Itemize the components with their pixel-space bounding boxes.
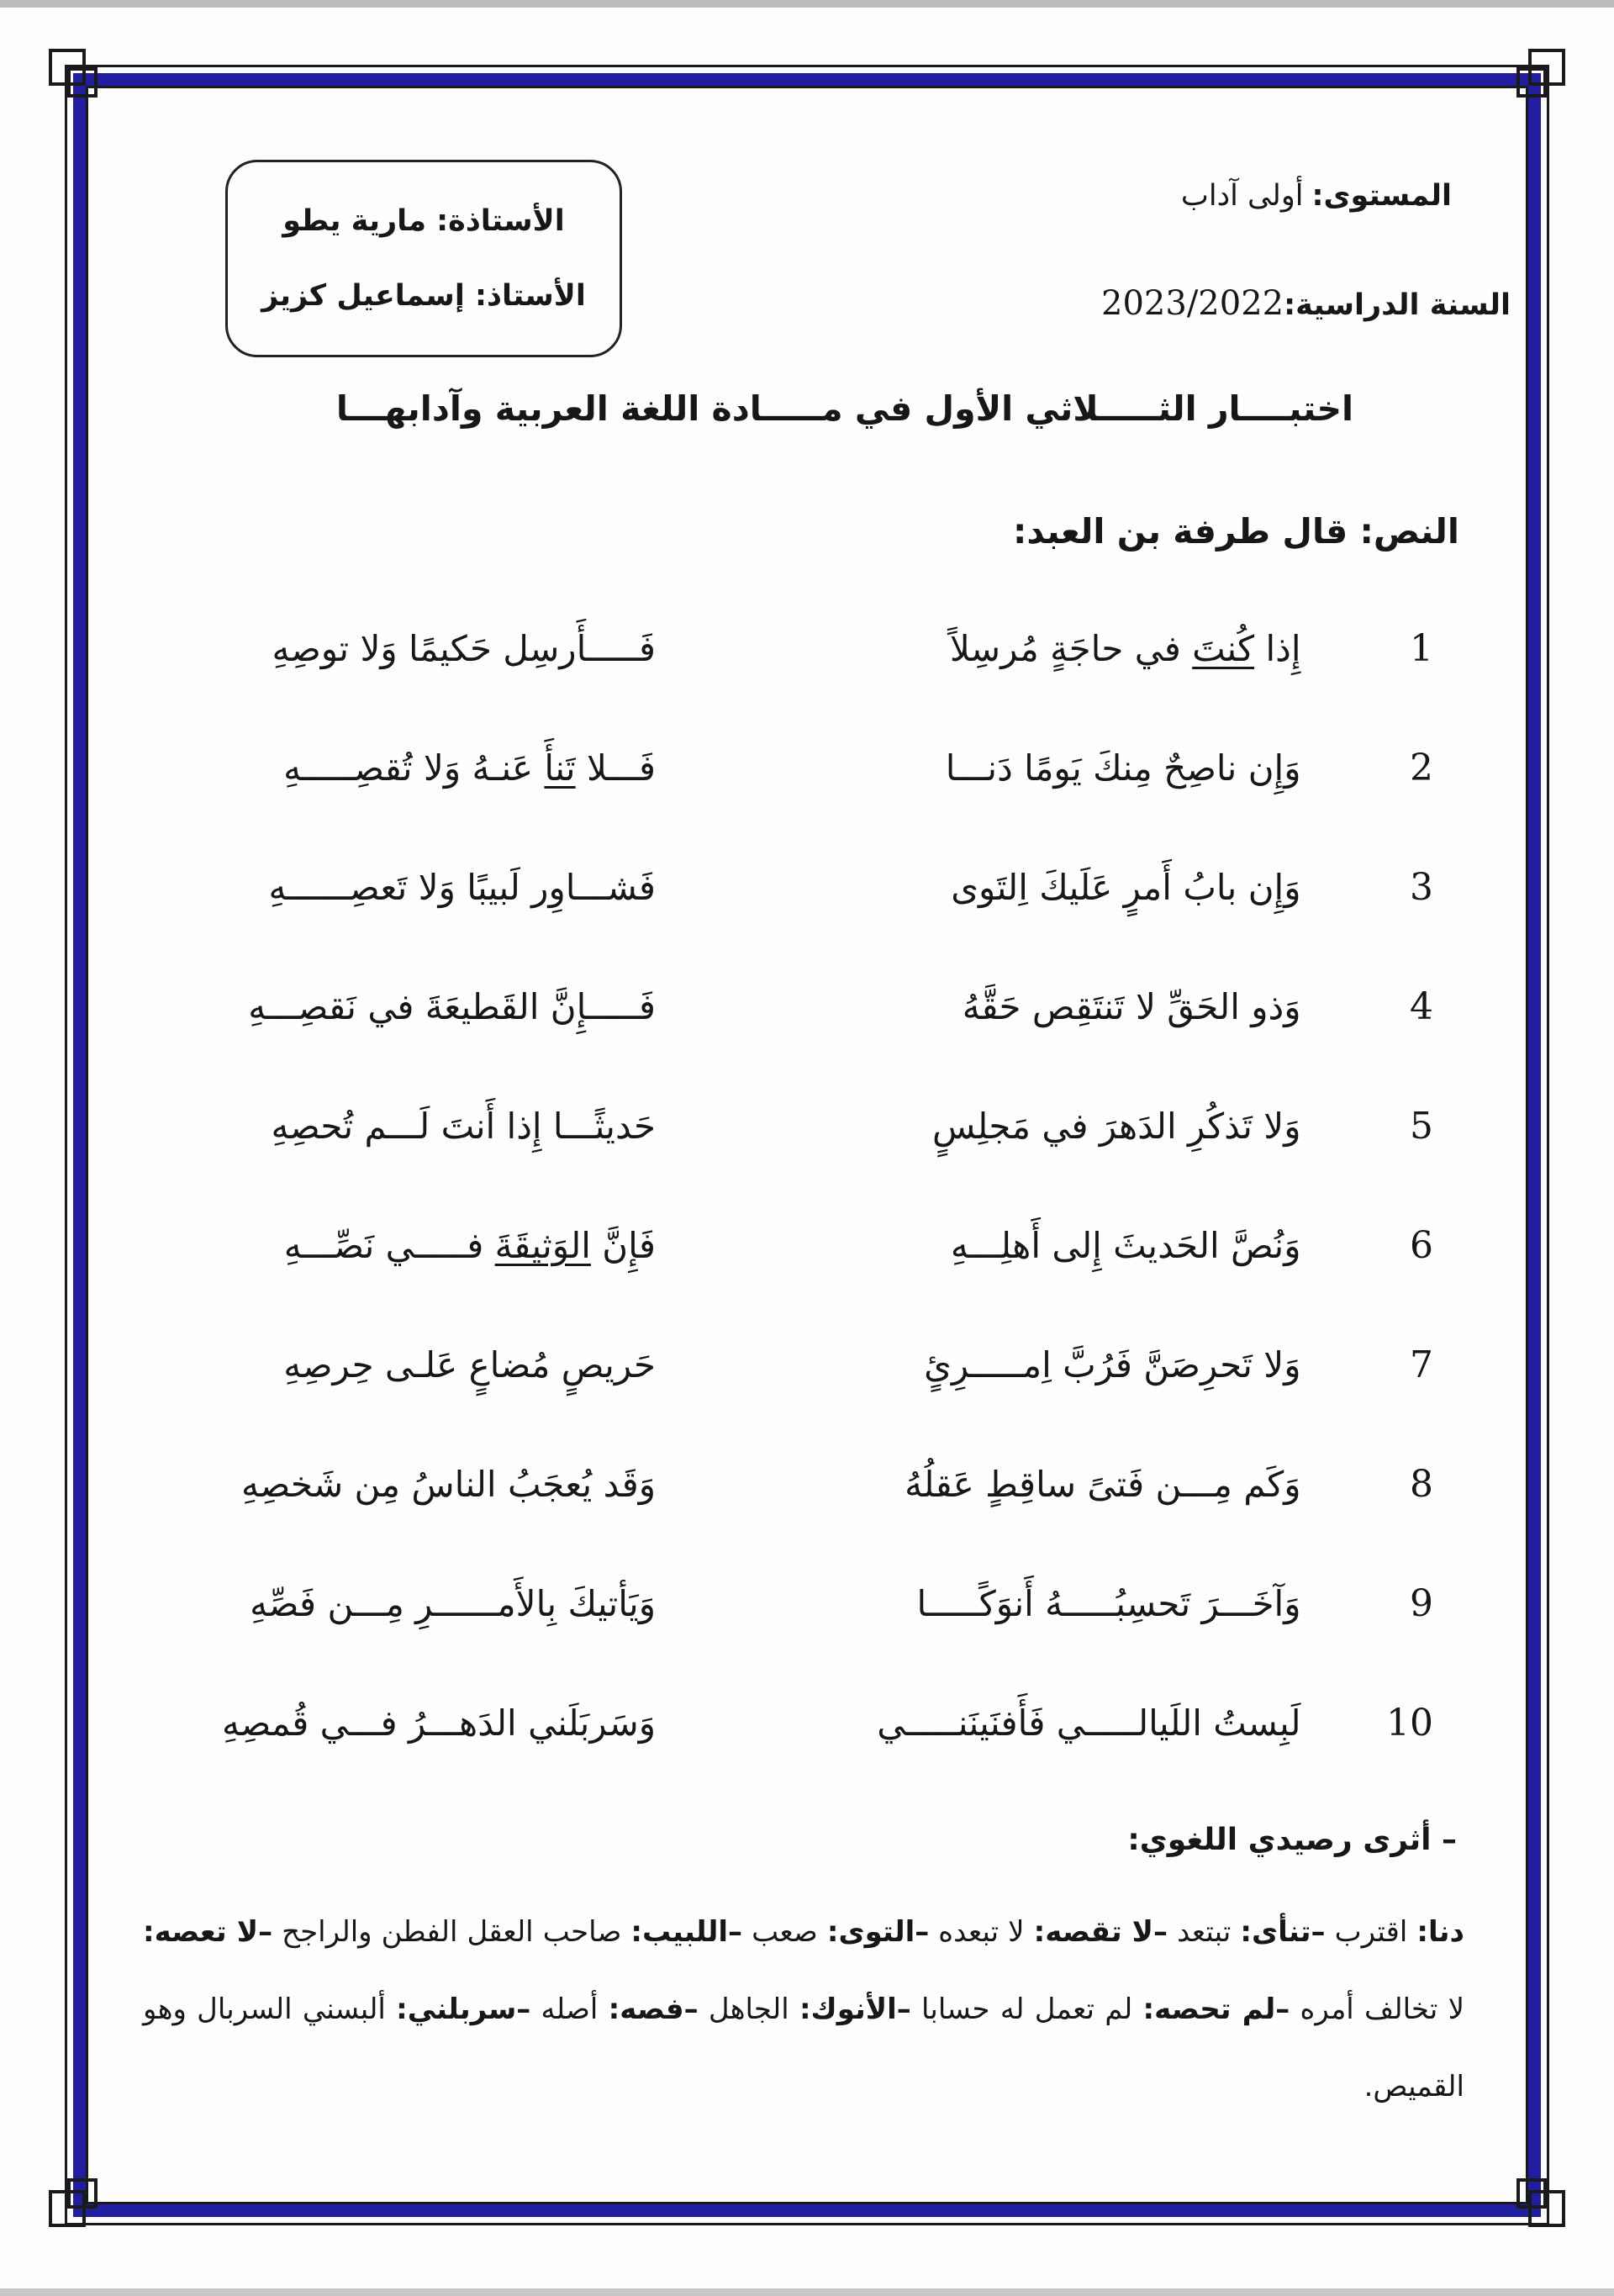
verse-number: 9: [1366, 1582, 1433, 1625]
scan-edge-bottom: [0, 2288, 1614, 2296]
text-intro: النص: قال طرفة بن العبد:: [1013, 511, 1459, 552]
hemistich-right: وَذو الحَقِّ لا تَنتَقِص حَقَّهُ: [721, 986, 1301, 1027]
hemistich-right: وَإِن بابُ أَمرٍ عَلَيكَ اِلتَوى: [721, 867, 1301, 908]
verse-row: 2 وَإِن ناصِحٌ مِنكَ يَومًا دَنـــا فَــ…: [151, 708, 1433, 827]
verse-number: 1: [1366, 627, 1433, 670]
hemistich-right: وَآخَـــرَ تَحسِبُـــــهُ أَنوَكًـــــا: [721, 1583, 1301, 1624]
hemistich-left: فَإِنَّ الوَثيقَةَ فـــــي نَصِّـــهِ: [151, 1225, 656, 1266]
hemistich-right: وَإِن ناصِحٌ مِنكَ يَومًا دَنـــا: [721, 747, 1301, 789]
hemistich-left: حَديثًـــا إِذا أَنتَ لَـــم تُحصِهِ: [151, 1106, 656, 1147]
teacher-line-female: الأستاذة: مارية يطو: [282, 204, 564, 238]
verse-row: 4 وَذو الحَقِّ لا تَنتَقِص حَقَّهُ فَـــ…: [151, 947, 1433, 1066]
hemistich-left: حَريصٍ مُضاعٍ عَلـى حِرصِهِ: [151, 1344, 656, 1386]
verse-number: 8: [1366, 1463, 1433, 1506]
verse-row: 3 وَإِن بابُ أَمرٍ عَلَيكَ اِلتَوى فَشــ…: [151, 827, 1433, 947]
verse-row: 10 لَبِستُ اللَيالـــــي فَأَفنَينَنــــ…: [151, 1663, 1433, 1782]
verses: 1 إِذا كُنتَ في حاجَةٍ مُرسِلاً فَـــــأ…: [151, 589, 1433, 1782]
hemistich-right: وَكَم مِـــن فَتىً ساقِطٍ عَقلُهُ: [721, 1464, 1301, 1505]
school-year-line: السنة الدراسية:2023/2022: [1101, 284, 1511, 323]
verse-row: 8 وَكَم مِـــن فَتىً ساقِطٍ عَقلُهُ وَقَ…: [151, 1424, 1433, 1544]
hemistich-left: فَـــلا تَنأَ عَنـهُ وَلا تُقصِـــــهِ: [151, 747, 656, 789]
school-year-value: 2023/2022: [1101, 284, 1284, 323]
verse-number: 4: [1366, 985, 1433, 1028]
vocab-heading: – أثرى رصيدي اللغوي:: [1127, 1823, 1457, 1857]
frame-corner-top-left: [49, 49, 116, 116]
hemistich-right: وَلا تَذكُرِ الدَهرَ في مَجلِسٍ: [721, 1106, 1301, 1147]
scan-edge-top: [0, 0, 1614, 8]
level-label: المستوى:: [1311, 179, 1452, 213]
verse-row: 1 إِذا كُنتَ في حاجَةٍ مُرسِلاً فَـــــأ…: [151, 589, 1433, 708]
hemistich-right: وَنُصَّ الحَديثَ إِلى أَهلِـــهِ: [721, 1225, 1301, 1266]
hemistich-left: فَشـــاوِر لَبيبًا وَلا تَعصِــــــهِ: [151, 867, 656, 908]
verse-row: 7 وَلا تَحرِصَنَّ فَرُبَّ اِمـــــرِئٍ ح…: [151, 1305, 1433, 1424]
verse-number: 2: [1366, 747, 1433, 789]
hemistich-left: وَقَد يُعجَبُ الناسُ مِن شَخصِهِ: [151, 1464, 656, 1505]
hemistich-left: وَسَربَلَني الدَهـــرُ فـــي قُمصِهِ: [151, 1702, 656, 1744]
teacher-line-male: الأستاذ: إسماعيل كزيز: [261, 279, 586, 313]
frame-corner-bottom-right: [1498, 2160, 1565, 2227]
hemistich-right: لَبِستُ اللَيالـــــي فَأَفنَينَنـــــي: [721, 1702, 1301, 1744]
hemistich-left: فَـــــإِنَّ القَطيعَةَ في نَقصِـــهِ: [151, 986, 656, 1027]
verse-number: 6: [1366, 1224, 1433, 1267]
verse-row: 5 وَلا تَذكُرِ الدَهرَ في مَجلِسٍ حَديثً…: [151, 1066, 1433, 1185]
hemistich-left: فَـــــأَرسِل حَكيمًا وَلا توصِهِ: [151, 628, 656, 669]
frame-corner-bottom-left: [49, 2160, 116, 2227]
hemistich-right: إِذا كُنتَ في حاجَةٍ مُرسِلاً: [721, 628, 1301, 669]
hemistich-left: وَيَأتيكَ بِالأَمــــــرِ مِـــن فَصِّهِ: [151, 1583, 656, 1624]
verse-number: 3: [1366, 866, 1433, 909]
verse-number: 5: [1366, 1105, 1433, 1148]
verse-row: 6 وَنُصَّ الحَديثَ إِلى أَهلِـــهِ فَإِن…: [151, 1185, 1433, 1305]
vocab-paragraph: دنا: اقترب –تنأى: تبتعد –لا تقصه: لا تبع…: [143, 1893, 1464, 2125]
level-value: أولى آداب: [1181, 179, 1304, 213]
verse-number: 7: [1366, 1343, 1433, 1386]
teacher-box: الأستاذة: مارية يطو الأستاذ: إسماعيل كزي…: [225, 160, 622, 357]
school-year-label: السنة الدراسية:: [1284, 288, 1511, 322]
verse-row: 9 وَآخَـــرَ تَحسِبُـــــهُ أَنوَكًـــــ…: [151, 1544, 1433, 1663]
frame-corner-top-right: [1498, 49, 1565, 116]
exam-title: اختبــــار الثـــــلاثي الأول في مـــــا…: [73, 388, 1541, 429]
page: { "page": { "frame_color": "#211fa0" }, …: [0, 0, 1614, 2296]
verse-number: 10: [1366, 1702, 1433, 1744]
level-line: المستوى:أولى آداب: [1181, 179, 1452, 213]
hemistich-right: وَلا تَحرِصَنَّ فَرُبَّ اِمـــــرِئٍ: [721, 1344, 1301, 1386]
